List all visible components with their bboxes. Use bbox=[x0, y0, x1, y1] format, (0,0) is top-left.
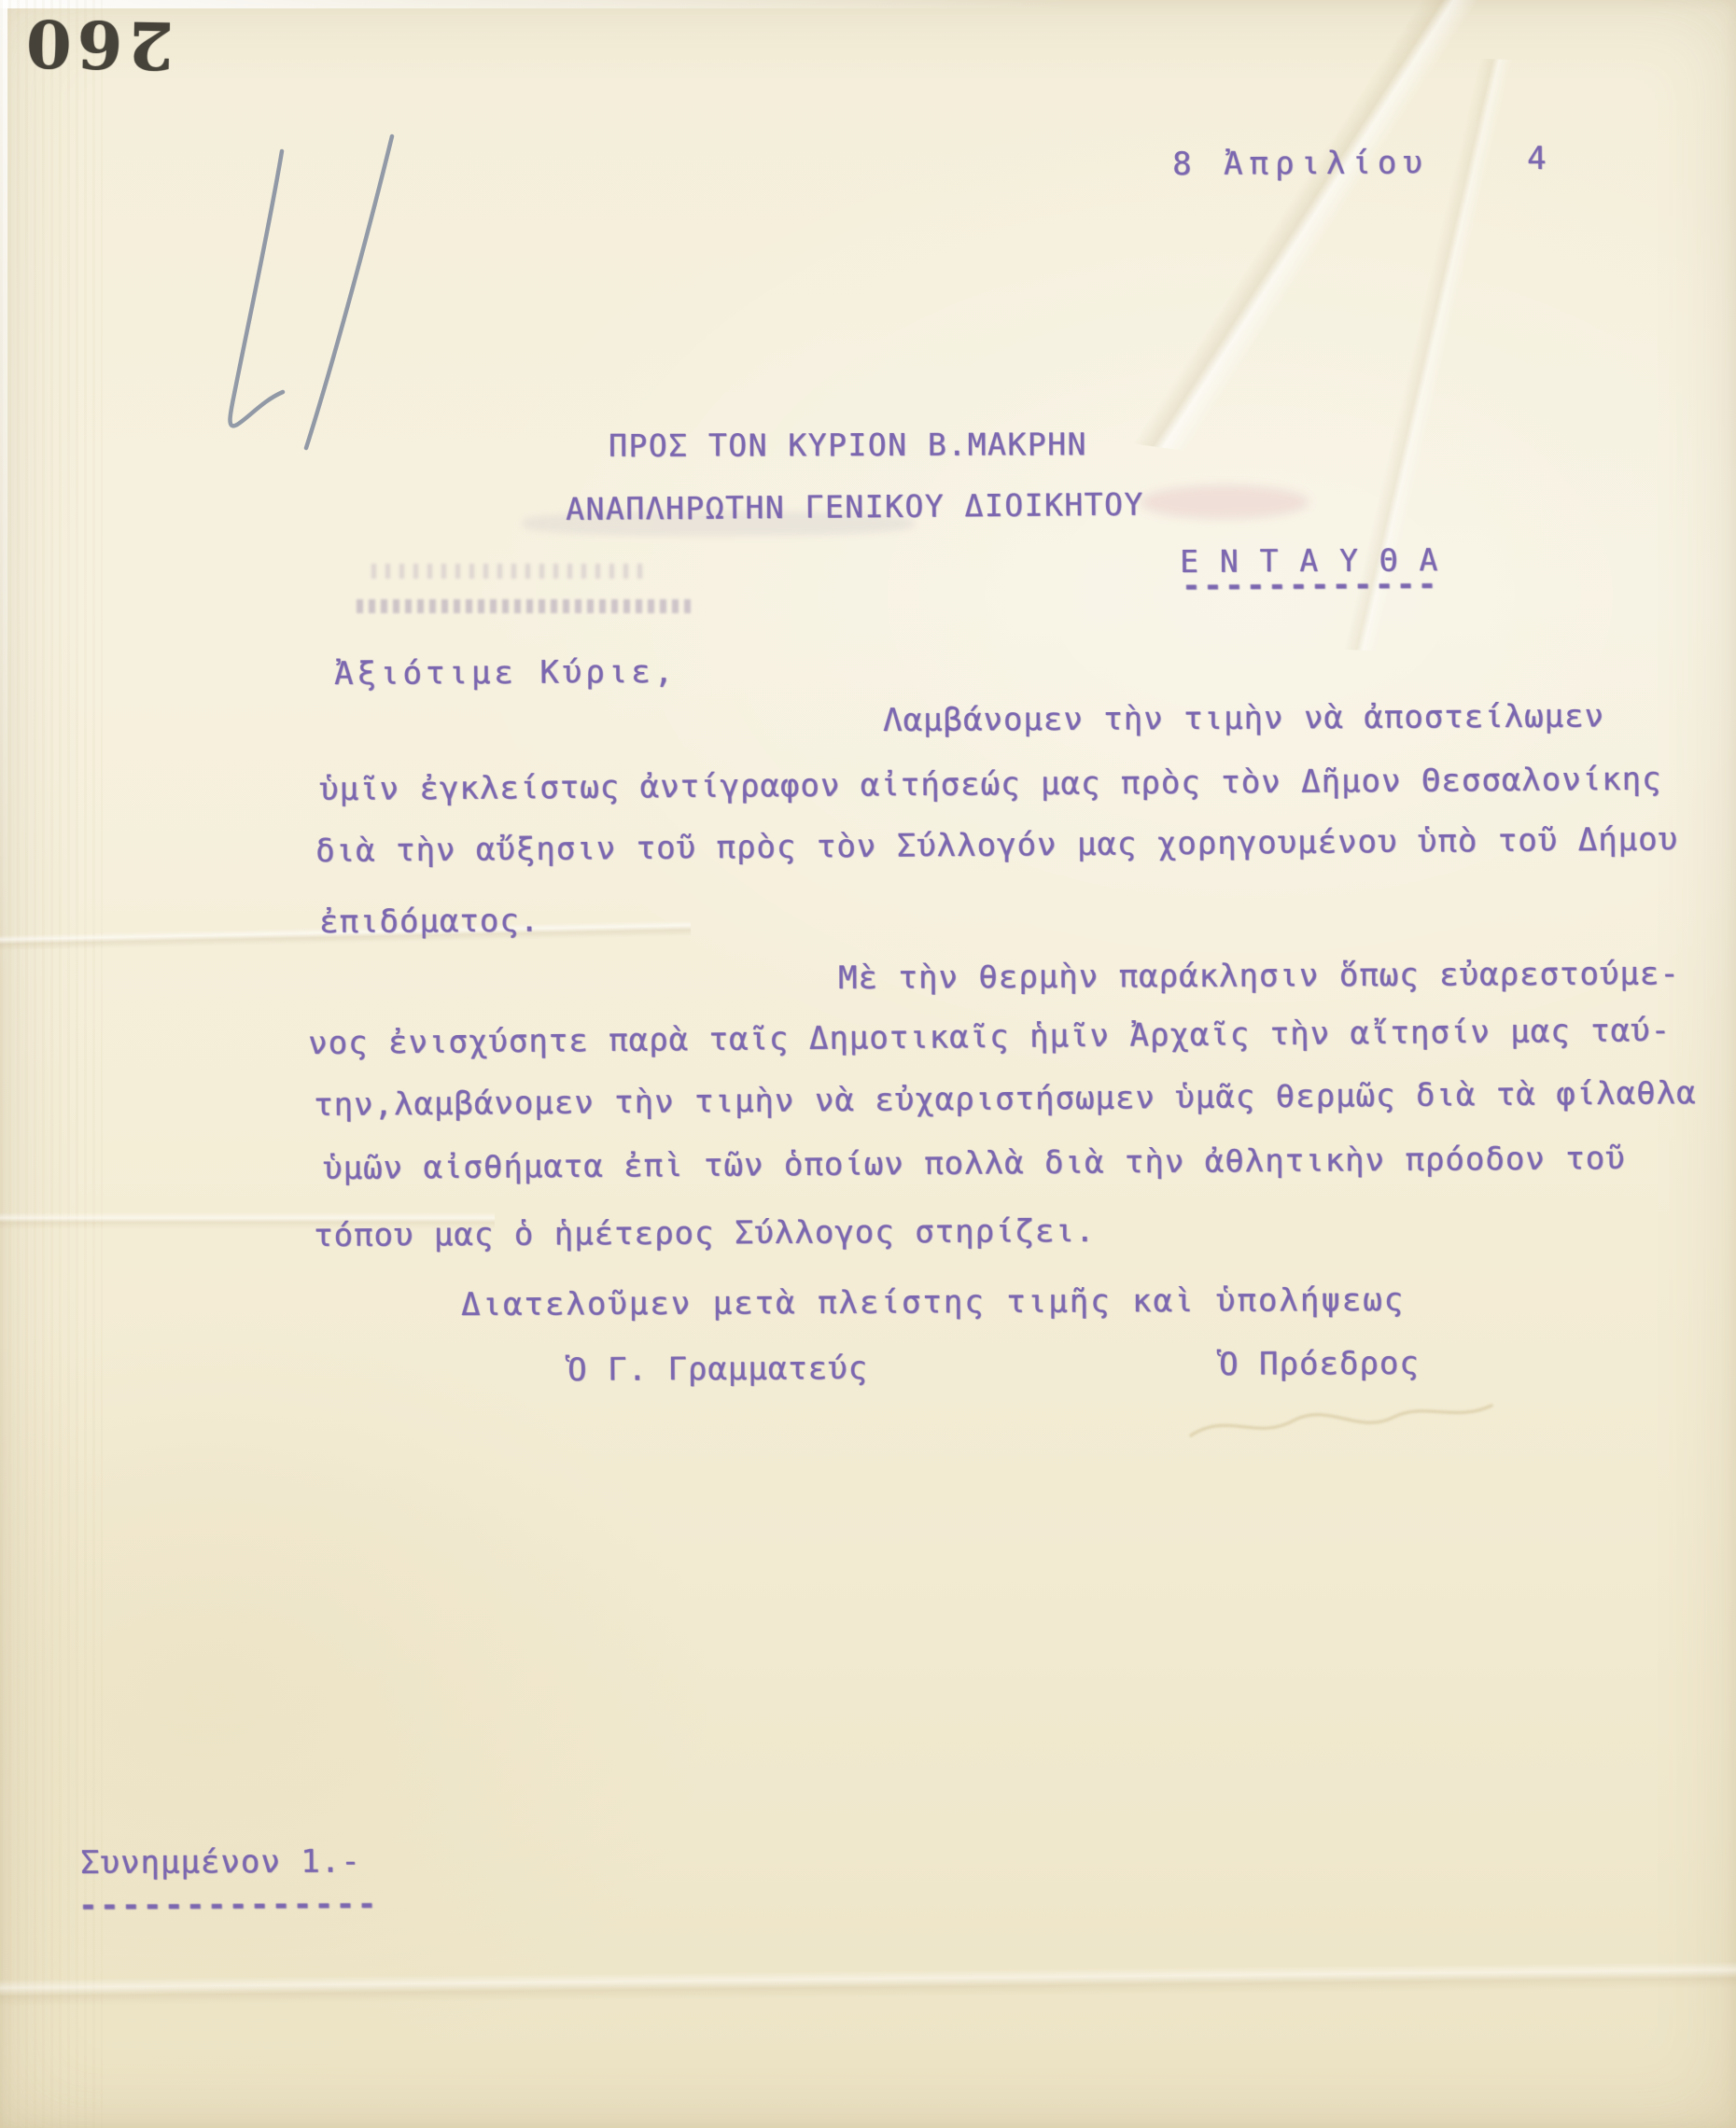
ink-offset-smudge bbox=[1141, 485, 1309, 519]
signature-secretary: Ὁ Γ. Γραμματεύς bbox=[567, 1350, 868, 1389]
body-line: ὑμῖν ἐγκλείστως ἀντίγραφον αἰτήσεώς μας … bbox=[319, 761, 1662, 808]
attachment-underline: -------------- bbox=[78, 1885, 379, 1925]
body-line: ἐπιδόματος. bbox=[319, 903, 539, 941]
recipient-line-2: ΑΝΑΠΛΗΡΩΤΗΝ ΓΕΝΙΚΟΥ ΔΙΟΙΚΗΤΟΥ bbox=[566, 486, 1144, 527]
paper-crease bbox=[0, 1927, 1736, 2030]
signature-president: Ὁ Πρόεδρος bbox=[1219, 1345, 1420, 1383]
place-underline: ------------ bbox=[1182, 566, 1439, 605]
date-line: 8 Ἀπριλίου bbox=[1172, 144, 1429, 183]
scanned-letter-page: 260 8 Ἀπριλίου 4 ΠΡΟΣ ΤΟΝ ΚΥΡΙΟΝ Β.ΜΑΚΡΗ… bbox=[0, 0, 1736, 2128]
date-number: 4 bbox=[1527, 140, 1553, 177]
attachment-note: Συνημμένον 1.- bbox=[80, 1842, 361, 1882]
body-line: τόπου μας ὁ ἡμέτερος Σύλλογος στηρίζει. bbox=[314, 1212, 1096, 1254]
paper-texture-stripes bbox=[0, 0, 103, 2128]
ink-offset-smudge bbox=[357, 599, 693, 613]
salutation: Ἀξιότιμε Κύριε, bbox=[334, 653, 677, 693]
faded-signature-squiggle bbox=[1183, 1393, 1501, 1460]
body-line: διὰ τὴν αὔξησιν τοῦ πρὸς τὸν Σύλλογόν μα… bbox=[315, 820, 1678, 870]
ink-offset-smudge bbox=[371, 564, 651, 579]
closing-line: Διατελοῦμεν μετὰ πλείστης τιμῆς καὶ ὑπολ… bbox=[461, 1281, 1405, 1323]
body-line: την,λαμβάνομεν τὴν τιμὴν νὰ εὐχαριστήσωμ… bbox=[314, 1074, 1697, 1124]
body-line: Μὲ τὴν θερμὴν παράκλησιν ὅπως εὐαρεστούμ… bbox=[838, 955, 1680, 997]
body-line: νος ἐνισχύσητε παρὰ ταῖς Δημοτικαῖς ἡμῖν… bbox=[308, 1012, 1671, 1062]
pencil-annotation-4 bbox=[140, 119, 448, 465]
body-line: ὑμῶν αἰσθήματα ἐπὶ τῶν ὁποίων πολλὰ διὰ … bbox=[323, 1140, 1626, 1187]
body-line: Λαμβάνομεν τὴν τιμὴν νὰ ἀποστείλωμεν bbox=[883, 697, 1604, 739]
recipient-line-1: ΠΡΟΣ ΤΟΝ ΚΥΡΙΟΝ Β.ΜΑΚΡΗΝ bbox=[609, 426, 1087, 464]
registry-number-stamp: 260 bbox=[20, 5, 175, 85]
